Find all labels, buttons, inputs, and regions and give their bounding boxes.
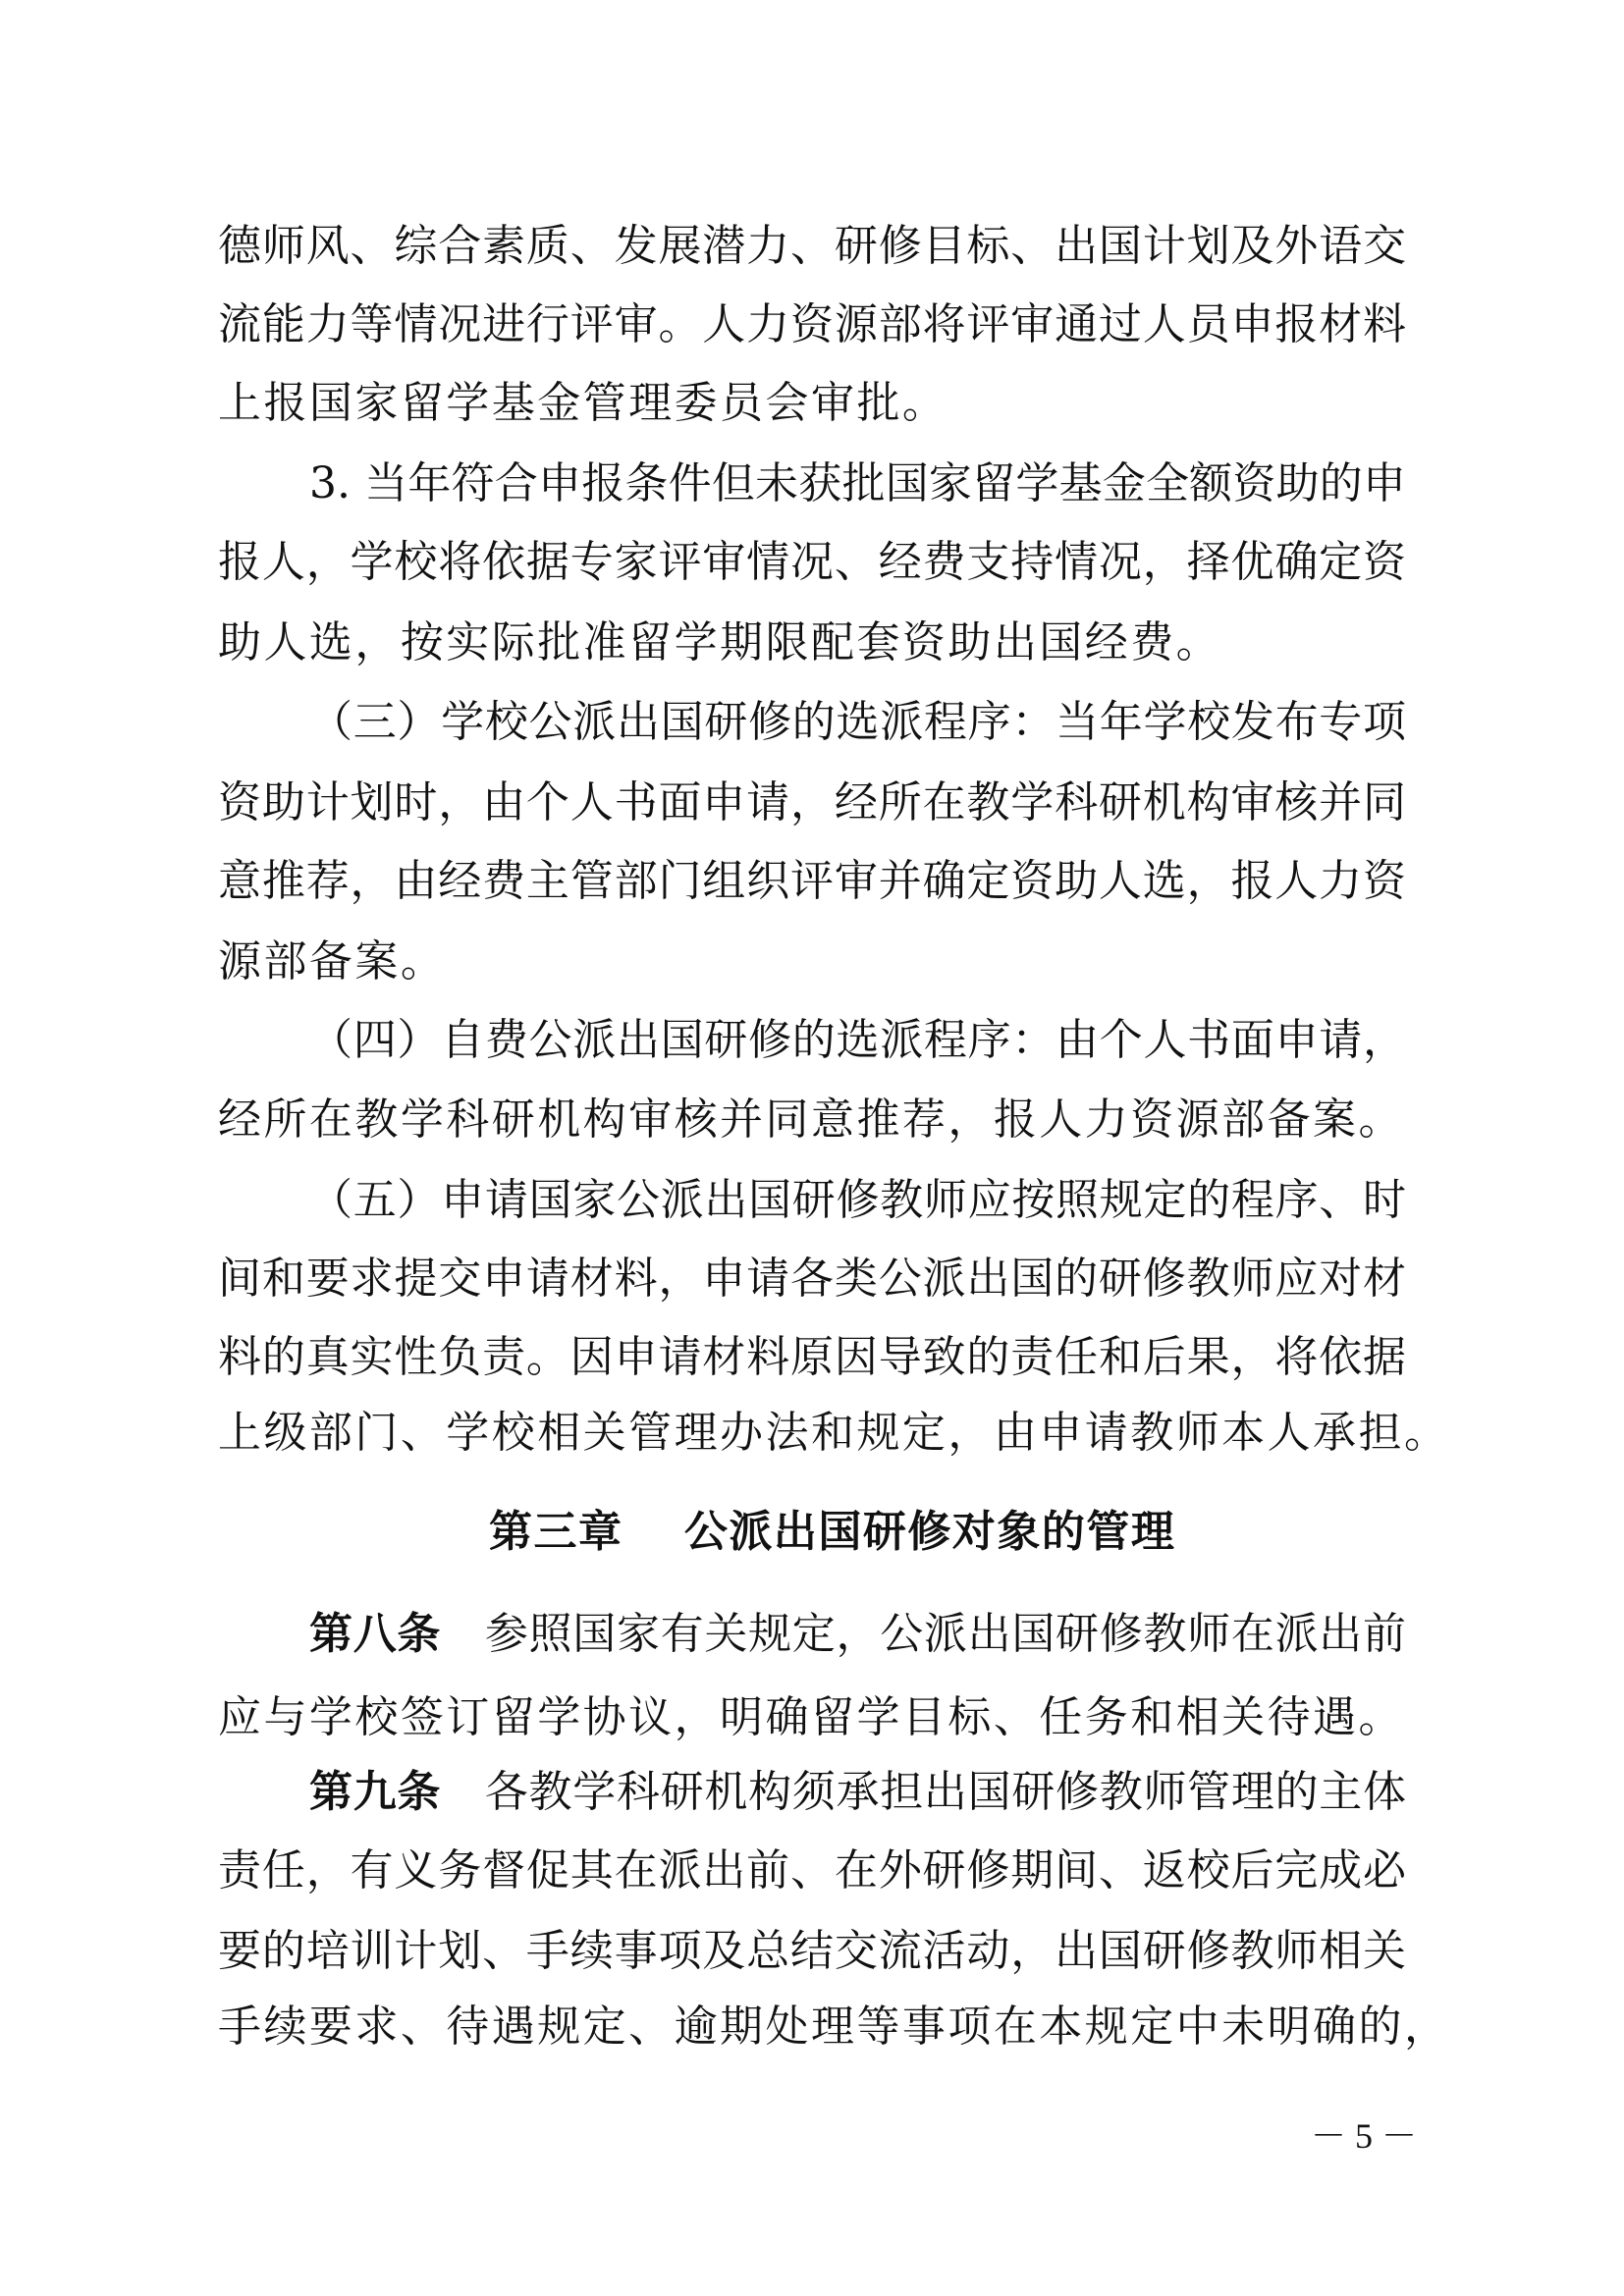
chapter-heading: 第三章 公派出国研修对象的管理 xyxy=(489,1510,1175,1555)
paragraph-line: 料的真实性负责。因申请材料原因导致的责任和后果，将依据 xyxy=(218,1335,1406,1380)
paragraph-line: （四）自费公派出国研修的选派程序：由个人书面申请， xyxy=(309,1018,1406,1063)
paragraph-line: 3. 当年符合申报条件但未获批国家留学基金全额资助的申 xyxy=(309,461,1406,507)
article-line: 要的培训计划、手续事项及总结交流活动，出国研修教师相关 xyxy=(218,1929,1406,1974)
article-line: 第八条参照国家有关规定，公派出国研修教师在派出前 xyxy=(309,1612,1406,1657)
article-text: 参照国家有关规定，公派出国研修教师在派出前 xyxy=(484,1609,1406,1659)
page-number: － 5 － xyxy=(1311,2114,1417,2158)
article-line: 应与学校签订留学协议，明确留学目标、任务和相关待遇。 xyxy=(218,1695,1404,1740)
paragraph-line: 资助计划时，由个人书面申请，经所在教学科研机构审核并同 xyxy=(218,780,1406,826)
paragraph-line: （五）申请国家公派出国研修教师应按照规定的程序、时 xyxy=(309,1178,1406,1223)
article-label: 第八条 xyxy=(309,1609,441,1659)
paragraph-line: 源部备案。 xyxy=(218,939,446,985)
paragraph-line: 助人选，按实际批准留学期限配套资助出国经费。 xyxy=(218,620,1221,666)
paragraph-line: 上报国家留学基金管理委员会审批。 xyxy=(218,381,947,426)
paragraph-line: （三）学校公派出国研修的选派程序：当年学校发布专项 xyxy=(309,700,1406,745)
article-line: 手续要求、待遇规定、逾期处理等事项在本规定中未明确的， xyxy=(218,2004,1449,2050)
article-line: 责任，有义务督促其在派出前、在外研修期间、返校后完成必 xyxy=(218,1848,1406,1894)
paragraph-line: 意推荐，由经费主管部门组织评审并确定资助人选，报人力资 xyxy=(218,859,1406,904)
paragraph-line: 经所在教学科研机构审核并同意推荐，报人力资源部备案。 xyxy=(218,1097,1404,1143)
article-text: 各教学科研机构须承担出国研修教师管理的主体 xyxy=(484,1767,1406,1817)
document-page: 德师风、综合素质、发展潜力、研修目标、出国计划及外语交 流能力等情况进行评审。人… xyxy=(0,0,1624,2296)
paragraph-line: 上级部门、学校相关管理办法和规定，由申请教师本人承担。 xyxy=(218,1411,1449,1456)
paragraph-line: 德师风、综合素质、发展潜力、研修目标、出国计划及外语交 xyxy=(218,224,1406,269)
paragraph-line: 间和要求提交申请材料，申请各类公派出国的研修教师应对材 xyxy=(218,1256,1406,1302)
article-label: 第九条 xyxy=(309,1767,441,1817)
article-line: 第九条各教学科研机构须承担出国研修教师管理的主体 xyxy=(309,1770,1406,1815)
paragraph-line: 流能力等情况进行评审。人力资源部将评审通过人员申报材料 xyxy=(218,302,1406,347)
paragraph-line: 报人，学校将依据专家评审情况、经费支持情况，择优确定资 xyxy=(218,540,1406,585)
